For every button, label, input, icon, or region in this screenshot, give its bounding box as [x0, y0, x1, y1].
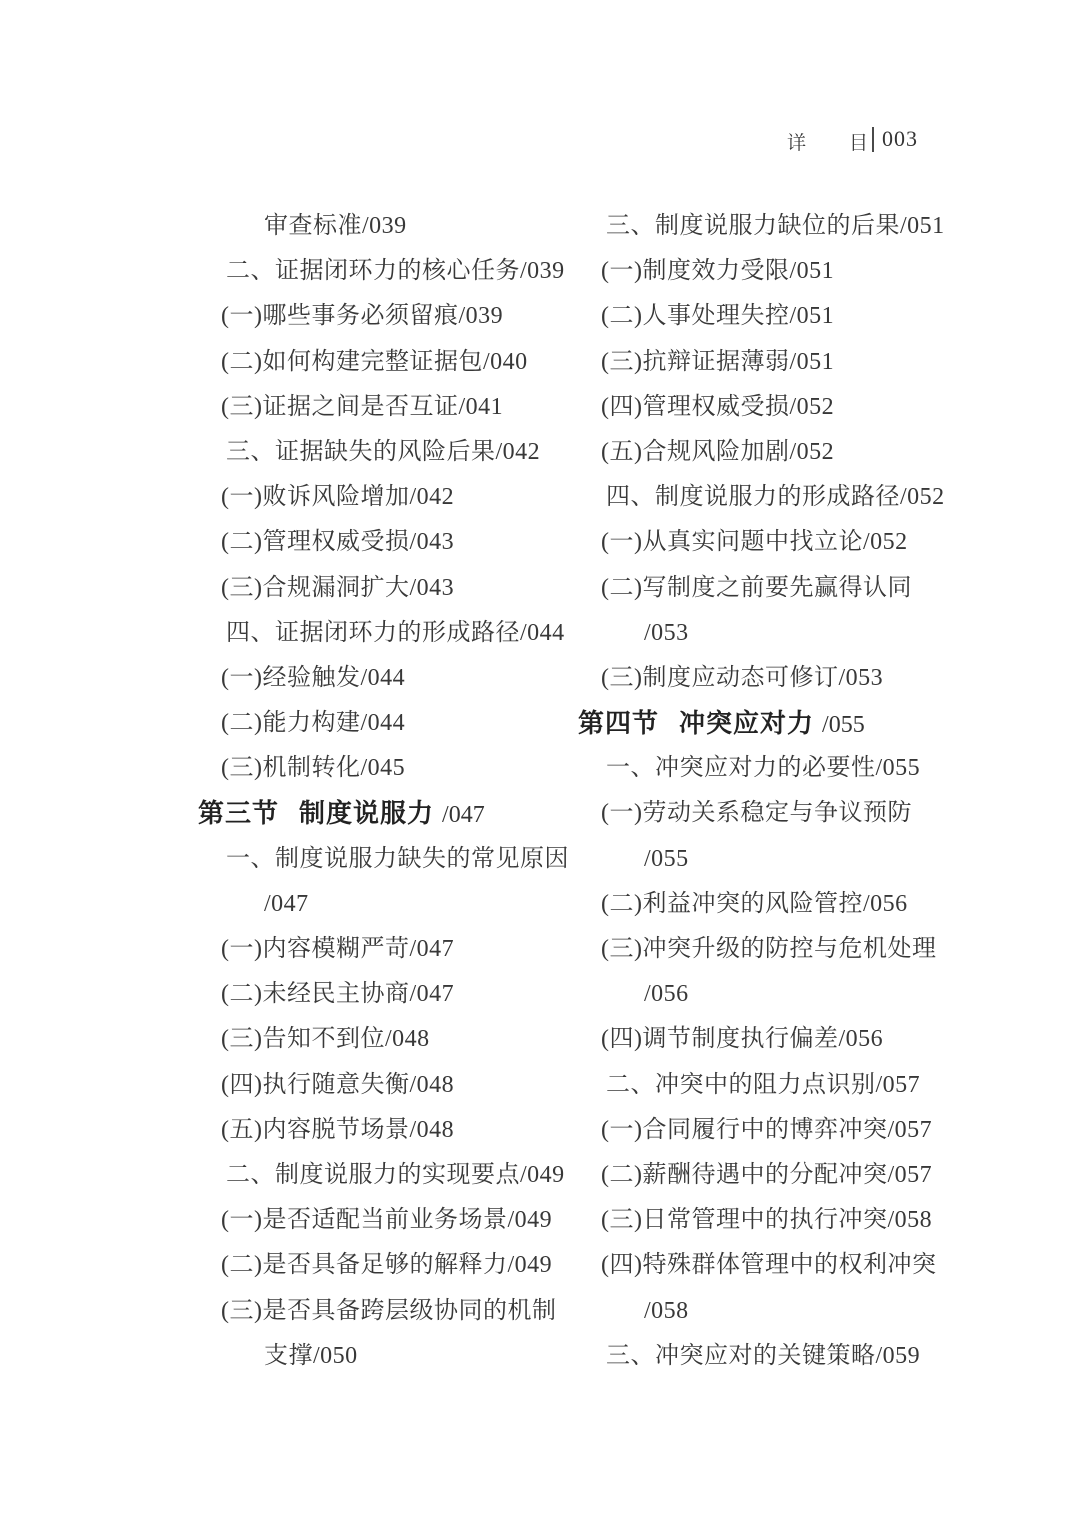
toc-continuation-line: /058: [578, 1289, 948, 1334]
toc-section-title: 冲突应对力: [679, 708, 814, 738]
toc-section-heading: 第三节制度说服力/047: [198, 791, 568, 836]
toc-entry: (四)管理权威受损/052: [578, 385, 948, 430]
toc-continuation-line: /053: [578, 611, 948, 656]
toc-entry: (一)合同履行中的博弈冲突/057: [578, 1108, 948, 1153]
toc-entry: 二、冲突中的阻力点识别/057: [578, 1063, 948, 1108]
toc-entry: (三)是否具备跨层级协同的机制: [198, 1289, 568, 1334]
running-head-title-char-2: 目: [849, 128, 868, 155]
toc-entry: 二、证据闭环力的核心任务/039: [198, 249, 568, 294]
toc-entry: (三)日常管理中的执行冲突/058: [578, 1198, 948, 1243]
toc-entry: (二)管理权威受损/043: [198, 520, 568, 565]
toc-continuation-line: /056: [578, 972, 948, 1017]
toc-entry: 四、证据闭环力的形成路径/044: [198, 611, 568, 656]
toc-entry: (二)是否具备足够的解释力/049: [198, 1243, 568, 1288]
toc-column-left: 审查标准/039二、证据闭环力的核心任务/039(一)哪些事务必须留痕/039(…: [198, 204, 568, 1379]
toc-entry: (一)经验触发/044: [198, 656, 568, 701]
toc-entry: (一)哪些事务必须留痕/039: [198, 294, 568, 339]
toc-entry: 三、冲突应对的关键策略/059: [578, 1334, 948, 1379]
toc-entry: (一)劳动关系稳定与争议预防: [578, 791, 948, 836]
toc-entry: (二)利益冲突的风险管控/056: [578, 882, 948, 927]
toc-entry: (三)制度应动态可修订/053: [578, 656, 948, 701]
running-head-title-char-1: 详: [787, 128, 806, 155]
toc-entry: (四)特殊群体管理中的权利冲突: [578, 1243, 948, 1288]
running-head: 详 目 003: [0, 0, 1080, 170]
toc-entry: (三)合规漏洞扩大/043: [198, 566, 568, 611]
toc-entry: (一)败诉风险增加/042: [198, 475, 568, 520]
toc-entry: (二)如何构建完整证据包/040: [198, 340, 568, 385]
toc-continuation-line: /055: [578, 837, 948, 882]
toc-entry: 一、冲突应对力的必要性/055: [578, 746, 948, 791]
toc-entry: (一)内容模糊严苛/047: [198, 927, 568, 972]
toc-entry: (四)执行随意失衡/048: [198, 1063, 568, 1108]
toc-entry: (五)内容脱节场景/048: [198, 1108, 568, 1153]
toc-entry: (二)写制度之前要先赢得认同: [578, 566, 948, 611]
toc-entry: (一)从真实问题中找立论/052: [578, 520, 948, 565]
toc-entry: 三、制度说服力缺位的后果/051: [578, 204, 948, 249]
toc-entry: (四)调节制度执行偏差/056: [578, 1017, 948, 1062]
toc-entry: (三)证据之间是否互证/041: [198, 385, 568, 430]
toc-entry: (五)合规风险加剧/052: [578, 430, 948, 475]
running-head-divider: [872, 127, 874, 152]
toc-page: 详 目 003 审查标准/039二、证据闭环力的核心任务/039(一)哪些事务必…: [0, 0, 1080, 1525]
toc-section-label: 第四节: [578, 708, 659, 738]
toc-entry: (二)薪酬待遇中的分配冲突/057: [578, 1153, 948, 1198]
toc-section-title: 制度说服力: [299, 798, 434, 828]
toc-section-heading: 第四节冲突应对力/055: [578, 701, 948, 746]
toc-entry: 二、制度说服力的实现要点/049: [198, 1153, 568, 1198]
toc-entry: 四、制度说服力的形成路径/052: [578, 475, 948, 520]
toc-entry: 三、证据缺失的风险后果/042: [198, 430, 568, 475]
toc-entry: (一)制度效力受限/051: [578, 249, 948, 294]
toc-continuation-line: /047: [198, 882, 568, 927]
toc-entry: (三)抗辩证据薄弱/051: [578, 340, 948, 385]
toc-continuation-line: 审查标准/039: [198, 204, 568, 249]
toc-entry: (一)是否适配当前业务场景/049: [198, 1198, 568, 1243]
toc-entry: (三)冲突升级的防控与危机处理: [578, 927, 948, 972]
toc-entry: (二)未经民主协商/047: [198, 972, 568, 1017]
toc-entry: 一、制度说服力缺失的常见原因: [198, 837, 568, 882]
toc-entry: (二)能力构建/044: [198, 701, 568, 746]
toc-section-label: 第三节: [198, 798, 279, 828]
toc-continuation-line: 支撑/050: [198, 1334, 568, 1379]
toc-column-right: 三、制度说服力缺位的后果/051(一)制度效力受限/051(二)人事处理失控/0…: [578, 204, 948, 1379]
toc-section-page: /047: [442, 802, 485, 828]
toc-entry: (二)人事处理失控/051: [578, 294, 948, 339]
toc-section-page: /055: [822, 712, 865, 738]
toc-entry: (三)告知不到位/048: [198, 1017, 568, 1062]
toc-entry: (三)机制转化/045: [198, 746, 568, 791]
page-number: 003: [882, 126, 918, 152]
